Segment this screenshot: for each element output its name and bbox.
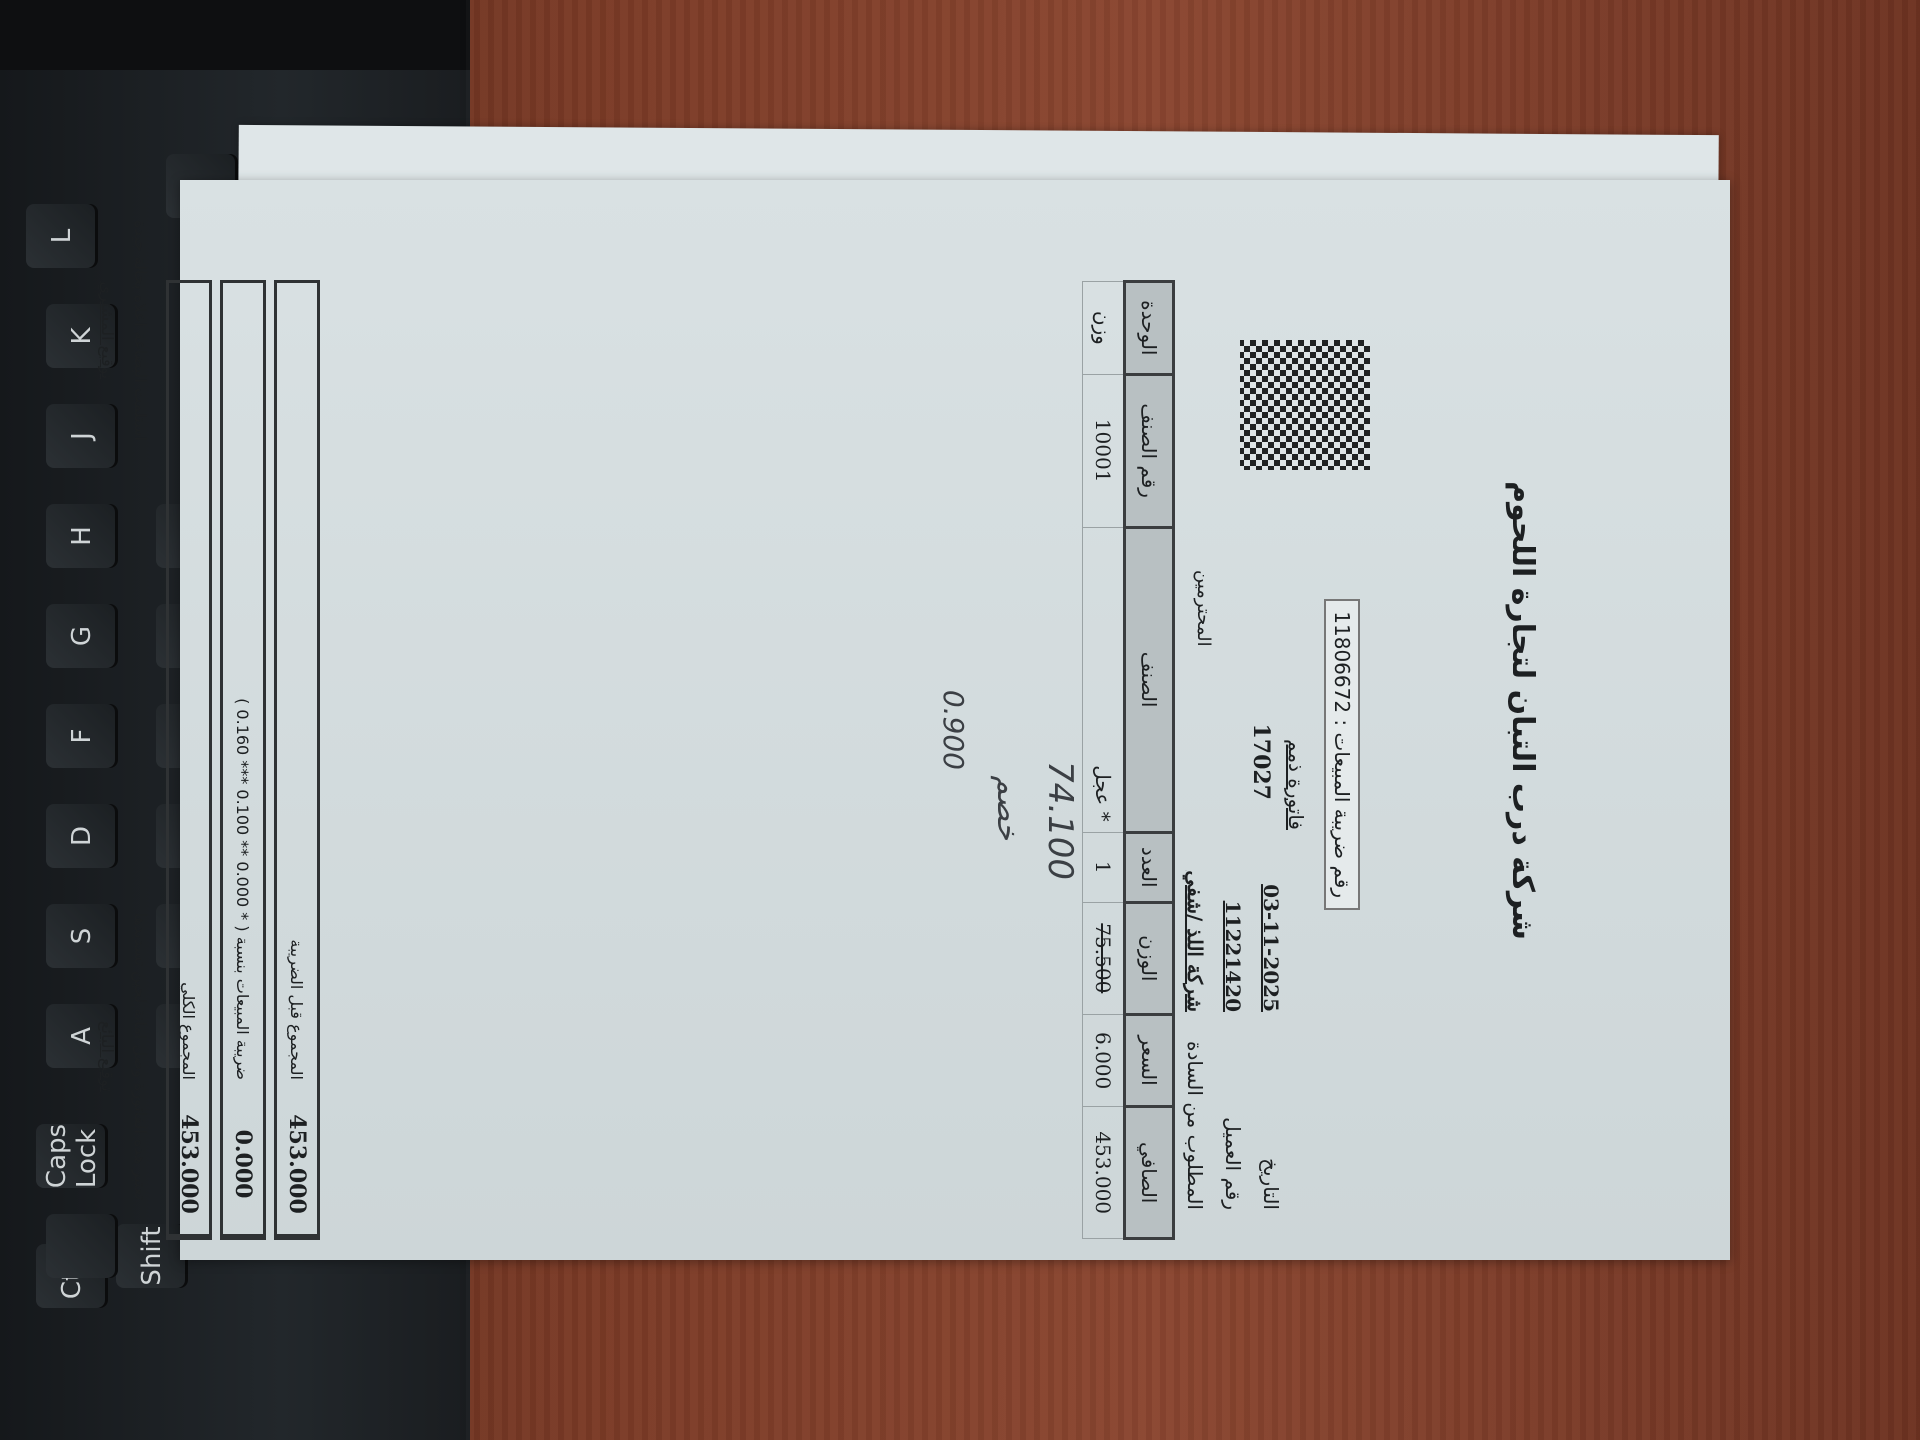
totals-block: 453.000 المجموع قبل الضريبة 0.000 ضريبة … xyxy=(158,280,320,1240)
customer-number-label: رقم العميل xyxy=(1214,1030,1252,1210)
required-from-label: المطلوب من السادة xyxy=(1176,1030,1214,1210)
customer-name: شركة اللذ /شفي xyxy=(1176,870,1214,1012)
tax-number: 11806672 xyxy=(1330,611,1354,713)
header-count: العدد xyxy=(1125,832,1174,902)
header-net: الصافي xyxy=(1125,1107,1174,1239)
tax-row: 0.000 ضريبة المبيعات بنسبة ( * 0.000 ** … xyxy=(220,280,266,1240)
invoice-meta: التاريخ 03-11-2025 رقم العميل 11221420 ا… xyxy=(1176,870,1290,1210)
grand-total-label: المجموع الكلي xyxy=(180,283,199,1094)
table-header-row: الصافي السعر الوزن العدد الصنف رقم الصنف… xyxy=(1125,282,1174,1239)
handwritten-weight: 74.100 xyxy=(1040,761,1080,880)
customer-number-row: رقم العميل 11221420 xyxy=(1214,870,1252,1210)
header-weight: الوزن xyxy=(1125,902,1174,1014)
qr-code xyxy=(1240,340,1370,470)
header-item: الصنف xyxy=(1125,527,1174,832)
seller-note: تعتبر هذه الفاتورة وصل امانة لحين تسديده… xyxy=(131,913,150,1200)
keyboard-edge xyxy=(0,0,470,70)
header-item-no: رقم الصنف xyxy=(1125,374,1174,527)
cell-item-no: 10001 xyxy=(1083,374,1125,527)
date-value: 03-11-2025 xyxy=(1252,884,1290,1012)
tax-number-label: رقم ضريبة المبيعات xyxy=(1330,733,1354,898)
customer-name-row: المطلوب من السادة شركة اللذ /شفي xyxy=(1176,870,1214,1210)
tax-label: ضريبة المبيعات بنسبة ( * 0.000 ** 0.100 … xyxy=(234,283,253,1094)
tax-value: 0.000 xyxy=(223,1094,263,1237)
cell-count: 1 xyxy=(1083,832,1125,902)
items-table: الصافي السعر الوزن العدد الصنف رقم الصنف… xyxy=(1082,280,1175,1240)
date-row: التاريخ 03-11-2025 xyxy=(1252,870,1290,1210)
date-label: التاريخ xyxy=(1252,1030,1290,1210)
customer-number: 11221420 xyxy=(1214,901,1252,1012)
cell-price: 6.000 xyxy=(1083,1014,1125,1107)
header-unit: الوحدة xyxy=(1125,282,1174,375)
grand-total-value: 453.000 xyxy=(169,1094,209,1237)
company-name: شركة درب التبان لتجارة اللحوم xyxy=(1505,481,1540,940)
subtotal-row: 453.000 المجموع قبل الضريبة xyxy=(274,280,320,1240)
subtotal-label: المجموع قبل الضريبة xyxy=(288,283,307,1094)
header-price: السعر xyxy=(1125,1014,1174,1107)
table-row: 453.000 6.000 75.500 1 * عجل 10001 وزن xyxy=(1083,282,1125,1239)
tax-number-box: رقم ضريبة المبيعات : 11806672 xyxy=(1324,599,1360,910)
seller-signature: توقيع البائع xyxy=(98,913,117,1200)
respected-label: المحترمين xyxy=(1193,570,1214,647)
buyer-signature: توقيع المشتري xyxy=(98,220,117,441)
handwritten-note: خصم xyxy=(990,775,1025,840)
grand-total-row: 453.000 المجموع الكلي xyxy=(166,280,212,1240)
buyer-note: استلمت البضاعة اعلاه بحالة جيدة xyxy=(131,220,150,441)
invoice-type: فاتورة ذمم xyxy=(1284,739,1308,830)
invoice-number: 17027 xyxy=(1248,723,1274,800)
buyer-footer: استلمت البضاعة اعلاه بحالة جيدة توقيع ال… xyxy=(98,220,150,441)
subtotal-value: 453.000 xyxy=(277,1094,317,1237)
cell-weight: 75.500 xyxy=(1083,902,1125,1014)
cell-net: 453.000 xyxy=(1083,1107,1125,1239)
handwritten-amount: 0.900 xyxy=(937,690,970,770)
cell-item: * عجل xyxy=(1083,527,1125,832)
cell-unit: وزن xyxy=(1083,282,1125,375)
seller-footer: تعتبر هذه الفاتورة وصل امانة لحين تسديده… xyxy=(98,913,150,1200)
invoice-sheet: شركة درب التبان لتجارة اللحوم رقم ضريبة … xyxy=(50,190,1570,1240)
